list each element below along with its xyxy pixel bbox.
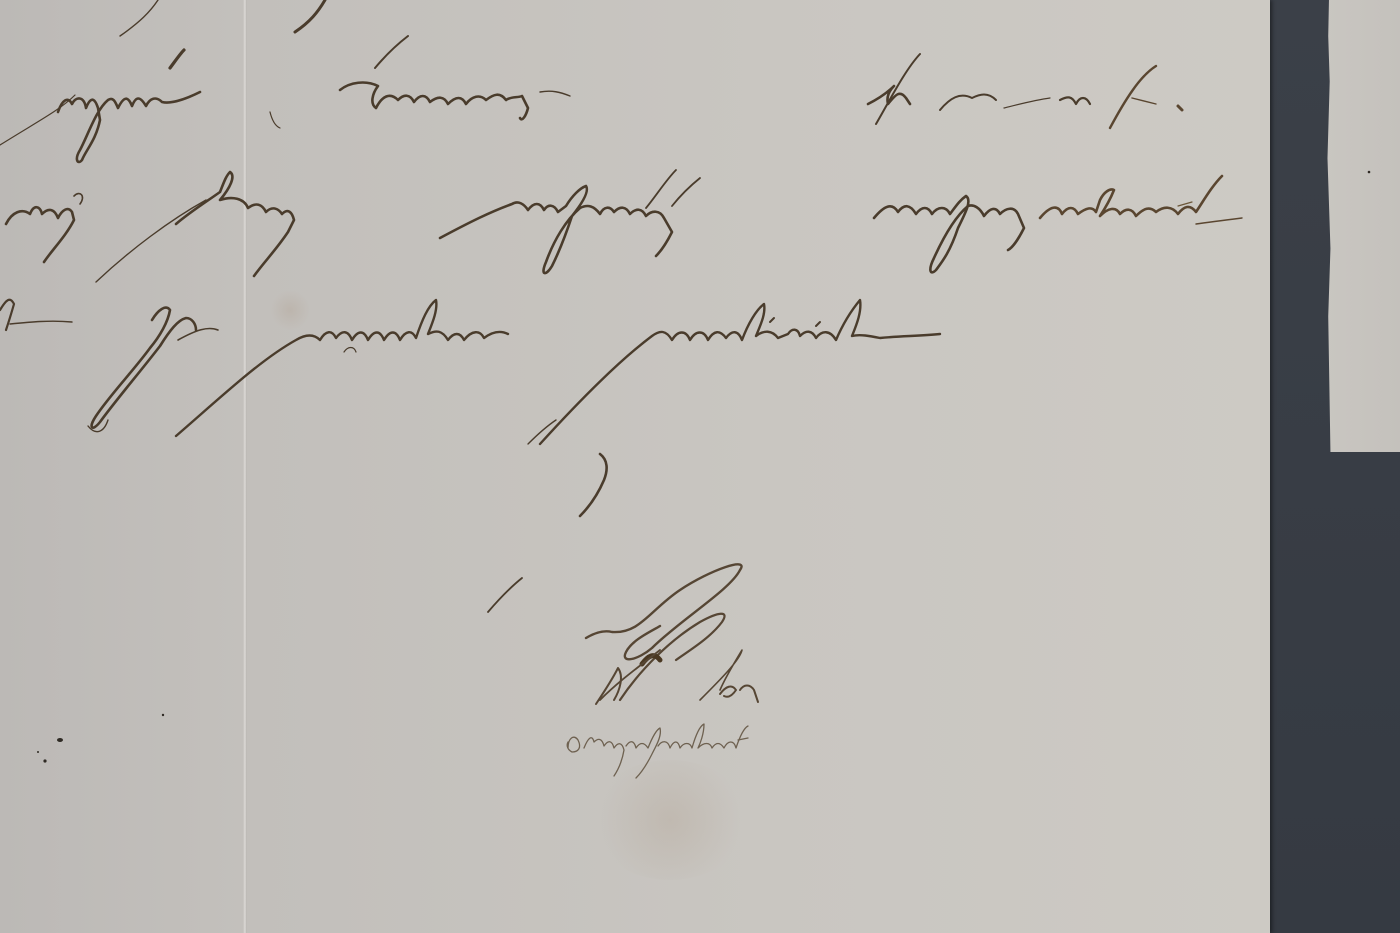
paper-fold (243, 0, 247, 933)
second-paper-sheet (1326, 0, 1400, 452)
paper-spot (270, 290, 310, 330)
letter-page (0, 0, 1270, 933)
paper-stain (590, 760, 750, 880)
